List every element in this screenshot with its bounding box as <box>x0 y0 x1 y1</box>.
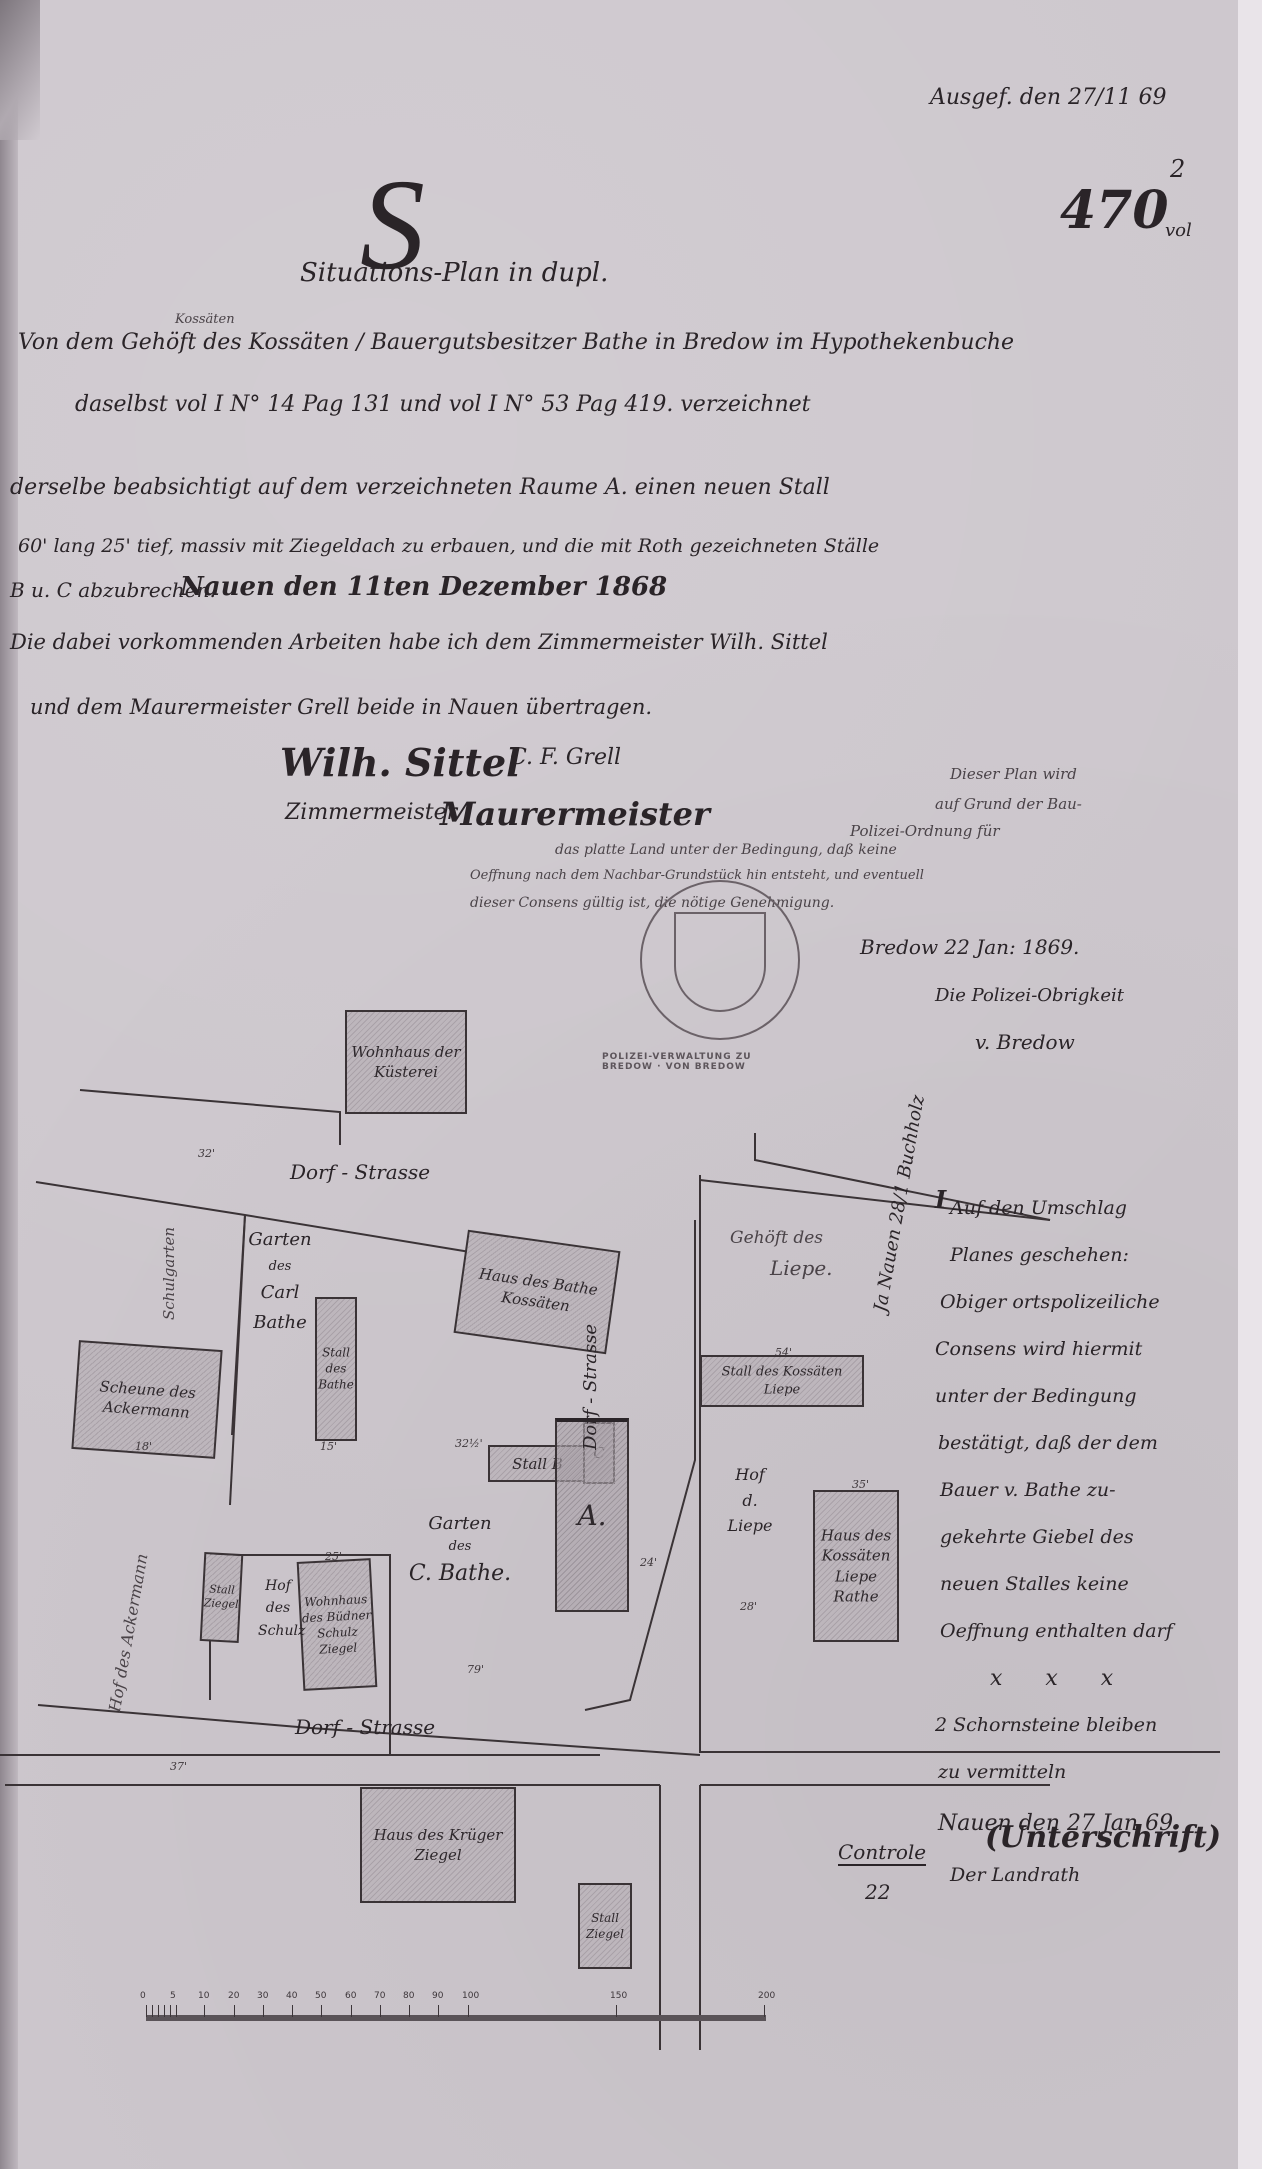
dim-label: 79' <box>467 1663 484 1676</box>
dim-label: 28' <box>740 1600 757 1613</box>
area-hof-schulz: Hof des Schulz <box>258 1575 298 1642</box>
street-label-vertical: Dorf - Strasse <box>580 1324 601 1450</box>
dim-label: 32½' <box>455 1437 483 1450</box>
building-wohnhaus-schulz: Wohnhaus des Büdner Schulz Ziegel <box>297 1558 378 1691</box>
building-wohnhaus-kuestere: Wohnhaus der Küsterei <box>345 1010 467 1114</box>
dim-label: 35' <box>852 1478 869 1491</box>
building-stall-ziegel: Stall Ziegel <box>200 1552 244 1643</box>
building-stall-bathe: Stall des Bathe <box>315 1297 357 1441</box>
dim-label: 54' <box>775 1346 792 1359</box>
dim-label: 18' <box>135 1440 152 1453</box>
scale-tick: 30 <box>263 2005 264 2017</box>
scale-tick <box>170 2005 171 2017</box>
street-label-upper: Dorf - Strasse <box>290 1160 430 1184</box>
scale-tick: 200 <box>764 2005 765 2017</box>
dim-label: 25' <box>325 1550 342 1563</box>
scale-tick <box>164 2005 165 2017</box>
scale-tick: 50 <box>321 2005 322 2017</box>
scale-bar: 0 5 10 20 30 40 50 60 70 80 90 100 150 2… <box>146 2015 766 2021</box>
dim-label: 32' <box>198 1147 215 1160</box>
scale-tick: 40 <box>292 2005 293 2017</box>
area-garten-c-bathe: Garten des C. Bathe. <box>405 1510 515 1590</box>
landrat-signature: (Unterschrift) <box>985 1820 1221 1855</box>
roman-numeral: I <box>935 1185 946 1214</box>
area-garten-carl-bathe: Garten des Carl Bathe <box>245 1225 315 1339</box>
scale-tick: 70 <box>380 2005 381 2017</box>
area-gehoeft-liepe: Gehöft des Liepe. <box>730 1225 850 1284</box>
scale-tick: 0 <box>146 2005 147 2017</box>
scale-tick: 60 <box>351 2005 352 2017</box>
control-number: 22 <box>865 1880 890 1904</box>
scale-tick: 10 <box>204 2005 205 2017</box>
scale-tick <box>158 2005 159 2017</box>
scale-tick <box>152 2005 153 2017</box>
building-haus-krueger: Haus des Krüger Ziegel <box>360 1787 516 1903</box>
control-label: Controle <box>838 1840 926 1866</box>
area-hof-liepe: Hof d. Liepe <box>720 1462 780 1539</box>
scale-tick: 150 <box>616 2005 617 2017</box>
scale-tick: 80 <box>409 2005 410 2017</box>
dim-label: 15' <box>320 1440 337 1453</box>
dim-label: 37' <box>170 1760 187 1773</box>
scale-tick: 20 <box>234 2005 235 2017</box>
scale-tick: 100 <box>468 2005 469 2017</box>
scale-tick: 90 <box>438 2005 439 2017</box>
building-haus-liepe: Haus des Kossäten Liepe Rathe <box>813 1490 899 1642</box>
dim-label: 24' <box>640 1556 657 1569</box>
scale-tick: 5 <box>176 2005 177 2017</box>
building-stall-liepe: Stall des Kossäten Liepe <box>700 1355 864 1407</box>
area-schulgarten: Schulgarten <box>160 1227 178 1320</box>
margin-note: Auf den Umschlag Planes geschehen: Obige… <box>950 1185 1230 1899</box>
street-label-lower: Dorf - Strasse <box>295 1715 435 1739</box>
building-stall-ziegel-2: Stall Ziegel <box>578 1883 632 1969</box>
